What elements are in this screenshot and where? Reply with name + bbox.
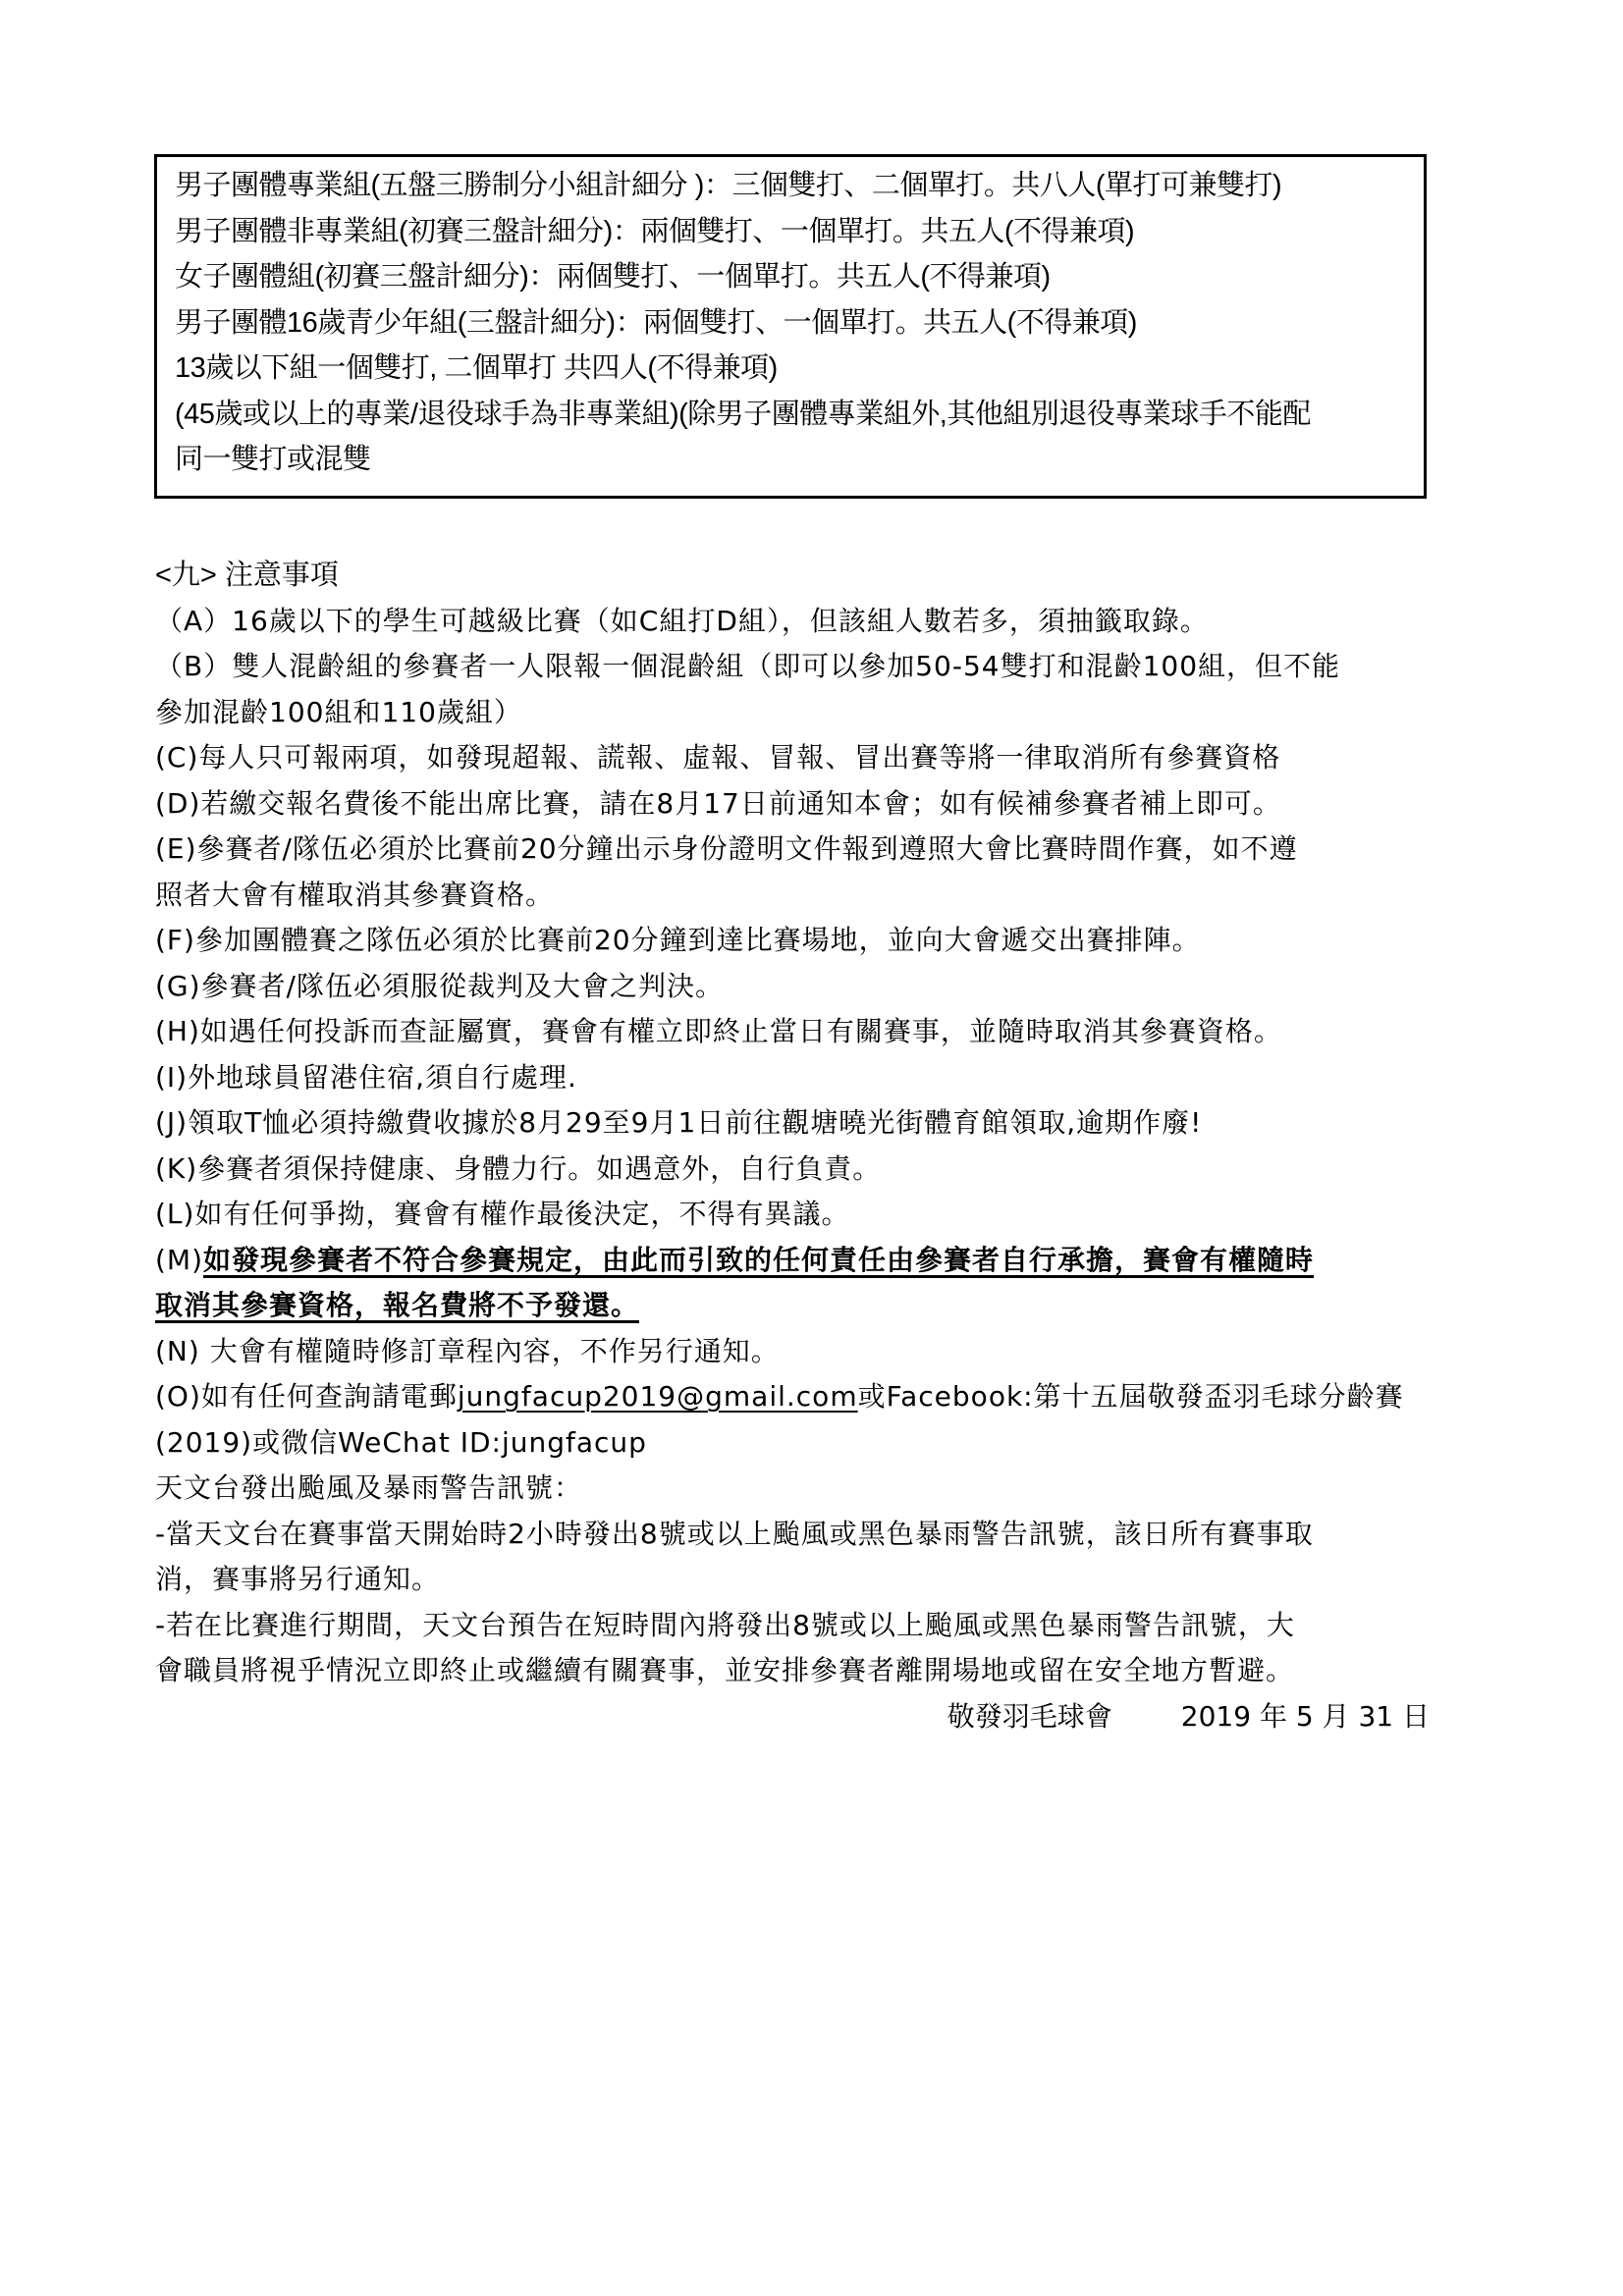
weather-title: 天文台發出颱風及暴雨警告訊號： (155, 1466, 1451, 1512)
team-rules-box: 男子團體專業組(五盤三勝制分小組計細分 )：三個雙打、二個單打。共八人(單打可兼… (154, 154, 1427, 499)
note-b-line1: （B）雙人混齡組的參賽者一人限報一個混齡組（即可以參加50-54雙打和混齡100… (155, 644, 1451, 690)
signature-organization: 敬發羽毛球會 (947, 1700, 1112, 1733)
note-n: (N) 大會有權隨時修訂章程內容，不作另行通知。 (155, 1329, 1451, 1375)
note-f: (F)參加團體賽之隊伍必須於比賽前20分鐘到達比賽場地，並向大會遞交出賽排陣。 (155, 918, 1451, 964)
note-m-emphasis-2: 取消其參賽資格，報名費將不予發還。 (155, 1289, 639, 1321)
note-g: (G)參賽者/隊伍必須服從裁判及大會之判決。 (155, 964, 1451, 1010)
rule-men-team-nonpro: 男子團體非專業組(初賽三盤計細分)：兩個雙打、一個單打。共五人(不得兼項) (175, 209, 1424, 255)
weather-rule1-line2: 消，賽事將另行通知。 (155, 1557, 1451, 1603)
note-i: (I)外地球員留港住宿,須自行處理. (155, 1055, 1451, 1101)
rule-men-team-u16: 男子團體16歲青少年組(三盤計細分)：兩個雙打、一個單打。共五人(不得兼項) (175, 300, 1424, 347)
note-m-emphasis-1: 如發現參賽者不符合參賽規定，由此而引致的任何責任由參賽者自行承擔，賽會有權隨時 (203, 1244, 1314, 1276)
rule-men-team-pro: 男子團體專業組(五盤三勝制分小組計細分 )：三個雙打、二個單打。共八人(單打可兼… (175, 163, 1424, 209)
note-b-line2: 參加混齡100組和110歲組） (155, 690, 1451, 736)
weather-rule1-line1: -當天文台在賽事當天開始時2小時發出8號或以上颱風或黑色暴雨警告訊號，該日所有賽… (155, 1512, 1451, 1558)
section-heading: <九> 注意事項 (155, 553, 1451, 599)
note-c: (C)每人只可報兩項，如發現超報、謊報、虛報、冒報、冒出賽等將一律取消所有參賽資… (155, 735, 1451, 781)
note-e-line2: 照者大會有權取消其參賽資格。 (155, 873, 1451, 919)
note-k: (K)參賽者須保持健康、身體力行。如遇意外，自行負責。 (155, 1147, 1451, 1193)
note-j: (J)領取T恤必須持繳費收據於8月29至9月1日前往觀塘曉光街體育館領取,逾期作… (155, 1100, 1451, 1147)
note-o-line2: (2019)或微信WeChat ID:jungfacup (155, 1420, 1451, 1467)
signature: 敬發羽毛球會2019 年 5 月 31 日 (155, 1694, 1451, 1740)
signature-date: 2019 年 5 月 31 日 (1181, 1700, 1430, 1733)
rule-retired-players-1: (45歲或以上的專業/退役球手為非專業組)(除男子團體專業組外,其他組別退役專業… (175, 392, 1424, 438)
note-l: (L)如有任何爭拗，賽會有權作最後決定，不得有異議。 (155, 1192, 1451, 1238)
note-h: (H)如遇任何投訴而查証屬實，賽會有權立即終止當日有關賽事，並隨時取消其參賽資格… (155, 1009, 1451, 1055)
note-m-line1: (M)如發現參賽者不符合參賽規定，由此而引致的任何責任由參賽者自行承擔，賽會有權… (155, 1238, 1451, 1284)
note-e-line1: (E)參賽者/隊伍必須於比賽前20分鐘出示身份證明文件報到遵照大會比賽時間作賽，… (155, 827, 1451, 873)
note-o-prefix: (O)如有任何查詢請電郵 (155, 1380, 458, 1413)
weather-rule2-line2: 會職員將視乎情況立即終止或繼續有關賽事，並安排參賽者離開場地或留在安全地方暫避。 (155, 1648, 1451, 1694)
note-a: （A）16歲以下的學生可越級比賽（如C組打D組），但該組人數若多，須抽籤取錄。 (155, 599, 1451, 645)
note-o-suffix: 或Facebook:第十五屆敬發盃羽毛球分齡賽 (858, 1380, 1404, 1413)
weather-rule2-line1: -若在比賽進行期間，天文台預告在短時間內將發出8號或以上颱風或黑色暴雨警告訊號，… (155, 1603, 1451, 1649)
rule-u13: 13歲以下組一個雙打, 二個單打 共四人(不得兼項) (175, 346, 1424, 392)
notes-section: <九> 注意事項 （A）16歲以下的學生可越級比賽（如C組打D組），但該組人數若… (155, 553, 1451, 1739)
rule-women-team: 女子團體組(初賽三盤計細分)：兩個雙打、一個單打。共五人(不得兼項) (175, 254, 1424, 300)
document-page: 男子團體專業組(五盤三勝制分小組計細分 )：三個雙打、二個單打。共八人(單打可兼… (0, 0, 1623, 2296)
note-m-line2: 取消其參賽資格，報名費將不予發還。 (155, 1283, 1451, 1329)
note-d: (D)若繳交報名費後不能出席比賽，請在8月17日前通知本會；如有候補參賽者補上即… (155, 781, 1451, 828)
note-o-line1: (O)如有任何查詢請電郵jungfacup2019@gmail.com或Face… (155, 1374, 1451, 1420)
note-m-label: (M) (155, 1244, 203, 1276)
contact-email-link[interactable]: jungfacup2019@gmail.com (458, 1380, 858, 1413)
rule-retired-players-2: 同一雙打或混雙 (175, 437, 1424, 483)
